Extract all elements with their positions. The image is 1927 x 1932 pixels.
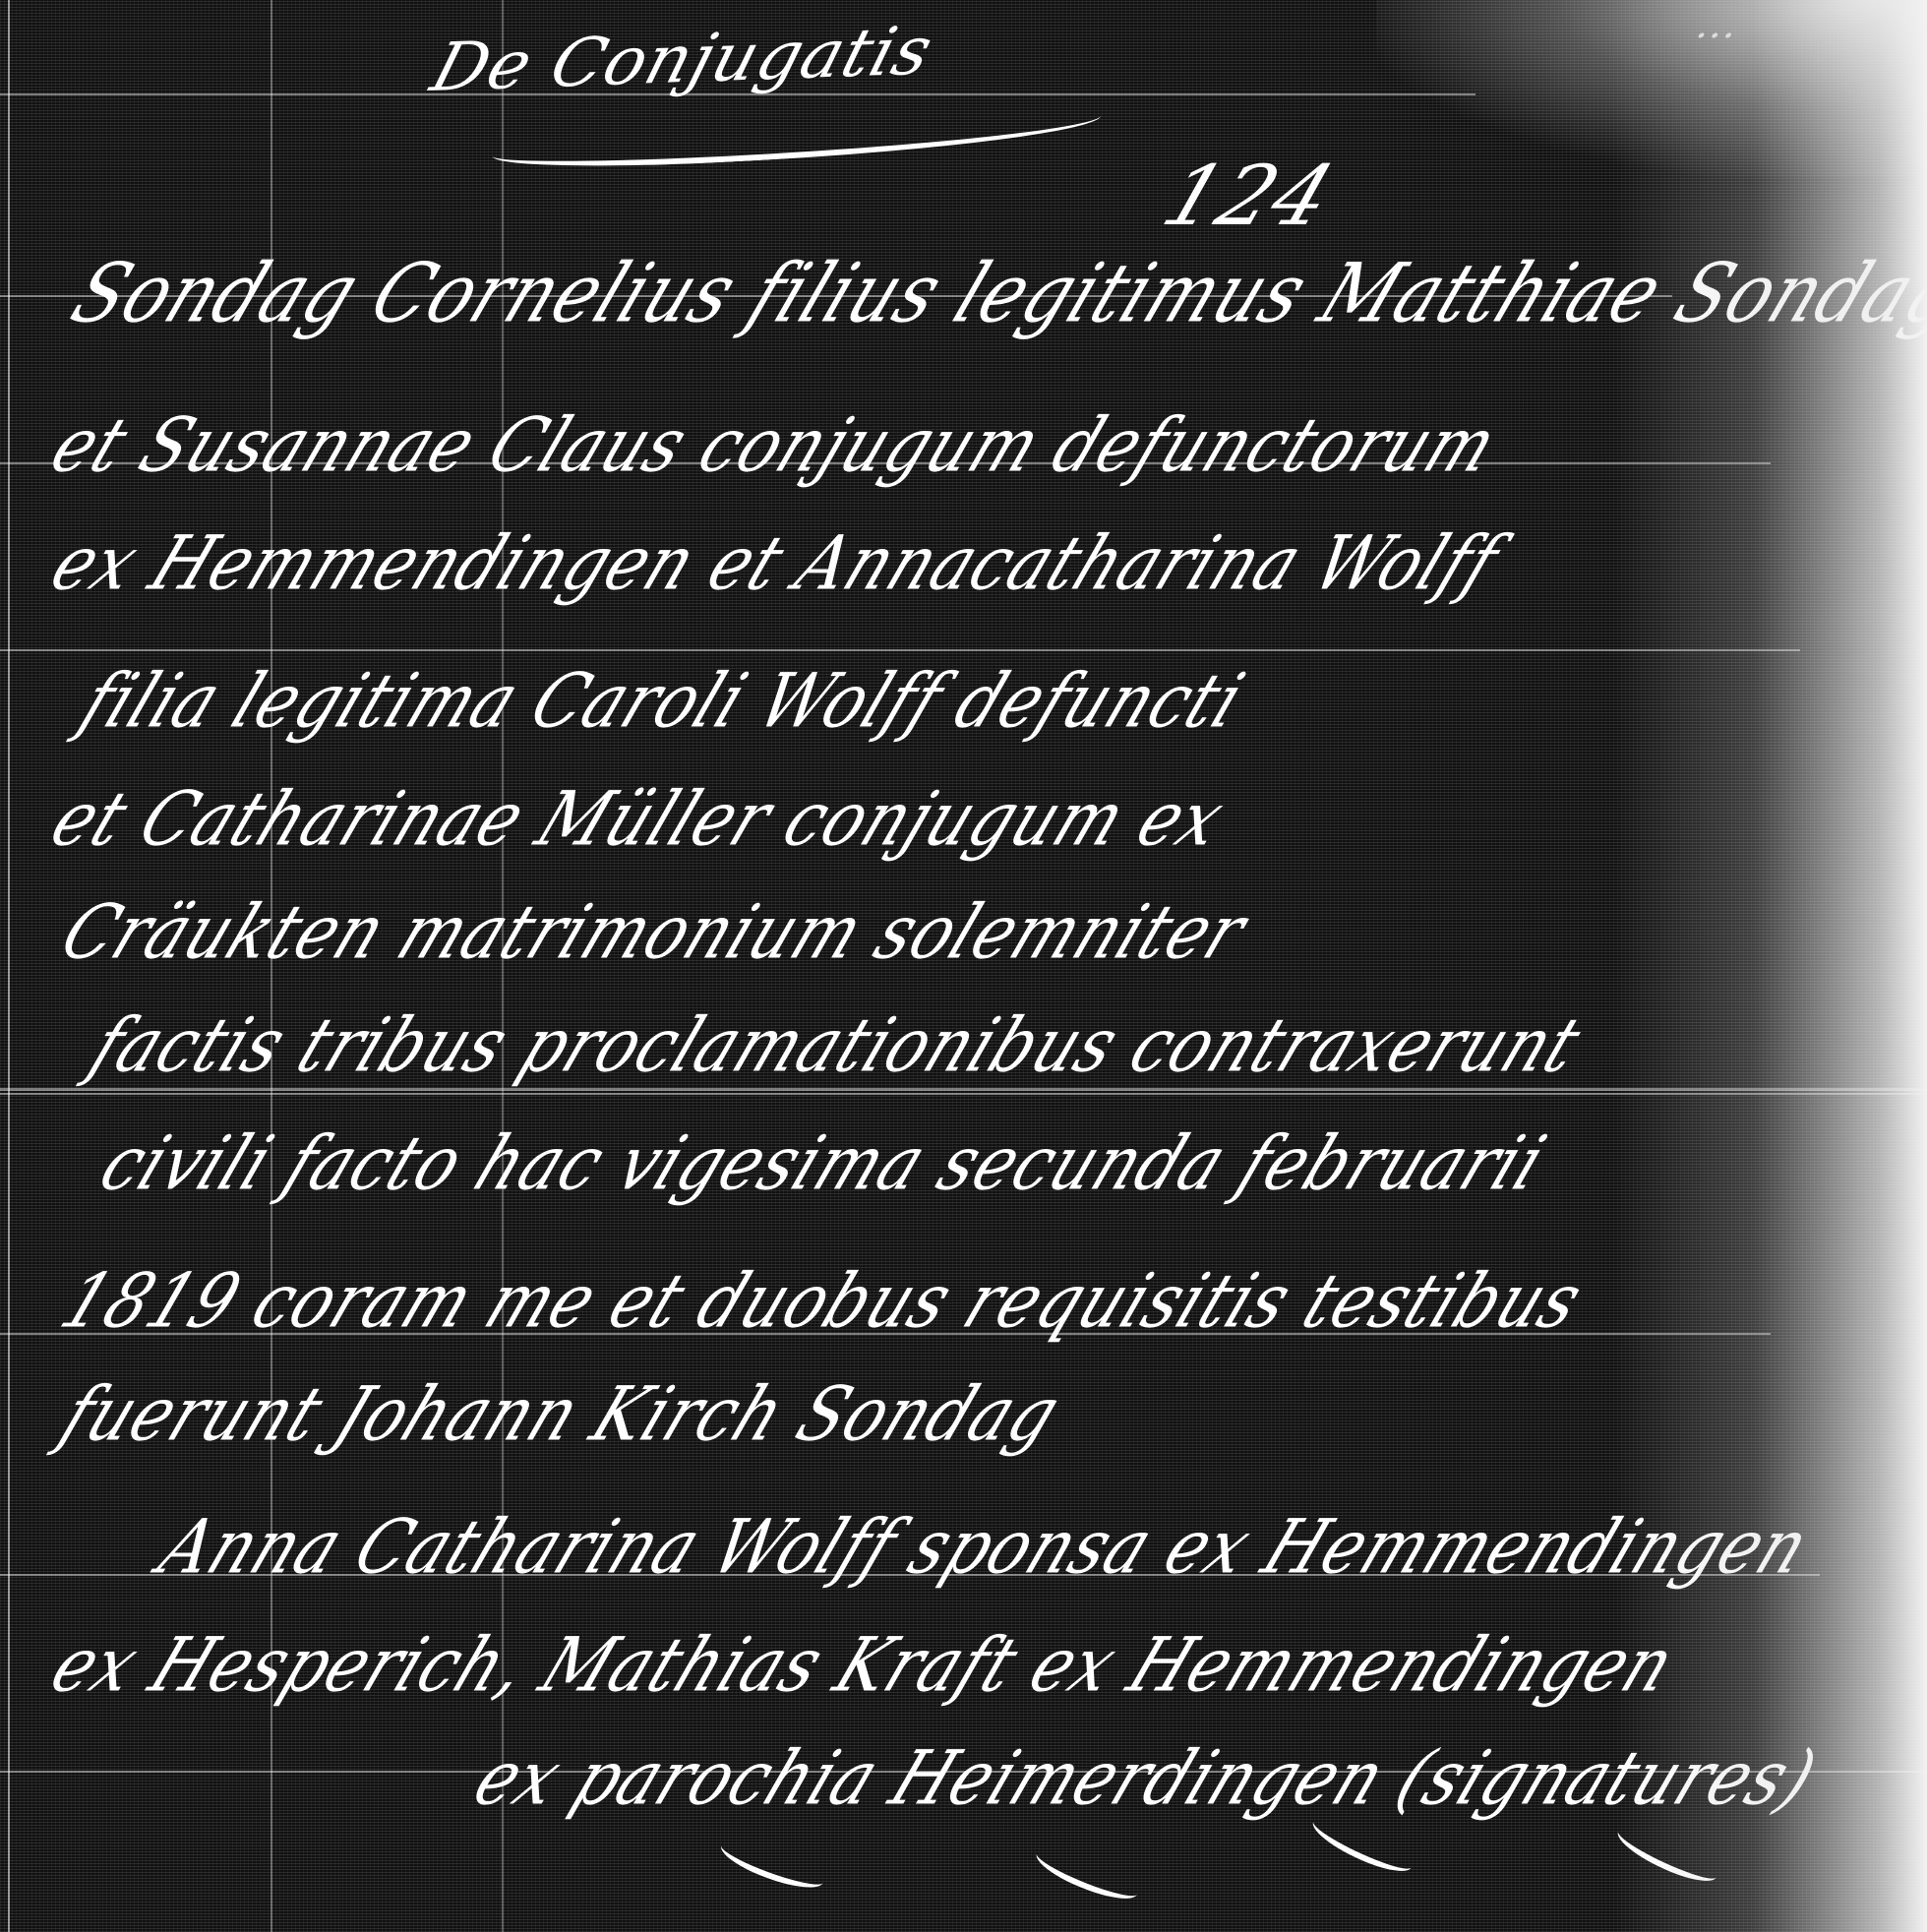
entry-line-8: civili facto hac vigesima secunda februa…: [89, 1119, 1558, 1207]
heading-flourish: [491, 97, 1103, 174]
ruled-line: [0, 1093, 1927, 1095]
entry-line-10: fuerunt Johann Kirch Sondag: [49, 1370, 1073, 1458]
entry-line-7: factis tribus proclamationibus contraxer…: [79, 1001, 1594, 1089]
flourish: [716, 1832, 828, 1897]
entry-line-2: et Susannae Claus conjugum defunctorum: [39, 401, 1510, 489]
paper-edge-glare: [1376, 0, 1927, 177]
entry-line-4: filia legitima Caroli Wolff defuncti: [69, 657, 1257, 745]
signature-line-3: ex parochia Heimerdingen (signatures): [462, 1734, 1829, 1822]
ruled-line: [0, 649, 1800, 651]
entry-line-9: 1819 coram me et duobus requisitis testi…: [49, 1257, 1596, 1345]
entry-line-1: Sondag Cornelius filius legitimus Matthi…: [59, 245, 1927, 340]
manuscript-page: De Conjugatis 124 ... Sondag Cornelius f…: [0, 0, 1927, 1932]
margin-rule-left: [8, 0, 10, 1932]
flourish: [1031, 1840, 1142, 1907]
page-number: 124: [1151, 148, 1347, 244]
signature-line-1: Anna Catharina Wolff sponsa ex Hemmendin…: [148, 1503, 1822, 1591]
entry-line-5: et Catharinae Müller conjugum ex: [39, 775, 1237, 863]
entry-line-3: ex Hemmendingen et Annacatharina Wolff: [39, 519, 1512, 607]
flourish: [1612, 1818, 1722, 1891]
signature-line-2: ex Hesperich, Mathias Kraft ex Hemmendin…: [39, 1621, 1688, 1709]
entry-line-6: Cräukten matrimonium solemniter: [49, 888, 1259, 976]
